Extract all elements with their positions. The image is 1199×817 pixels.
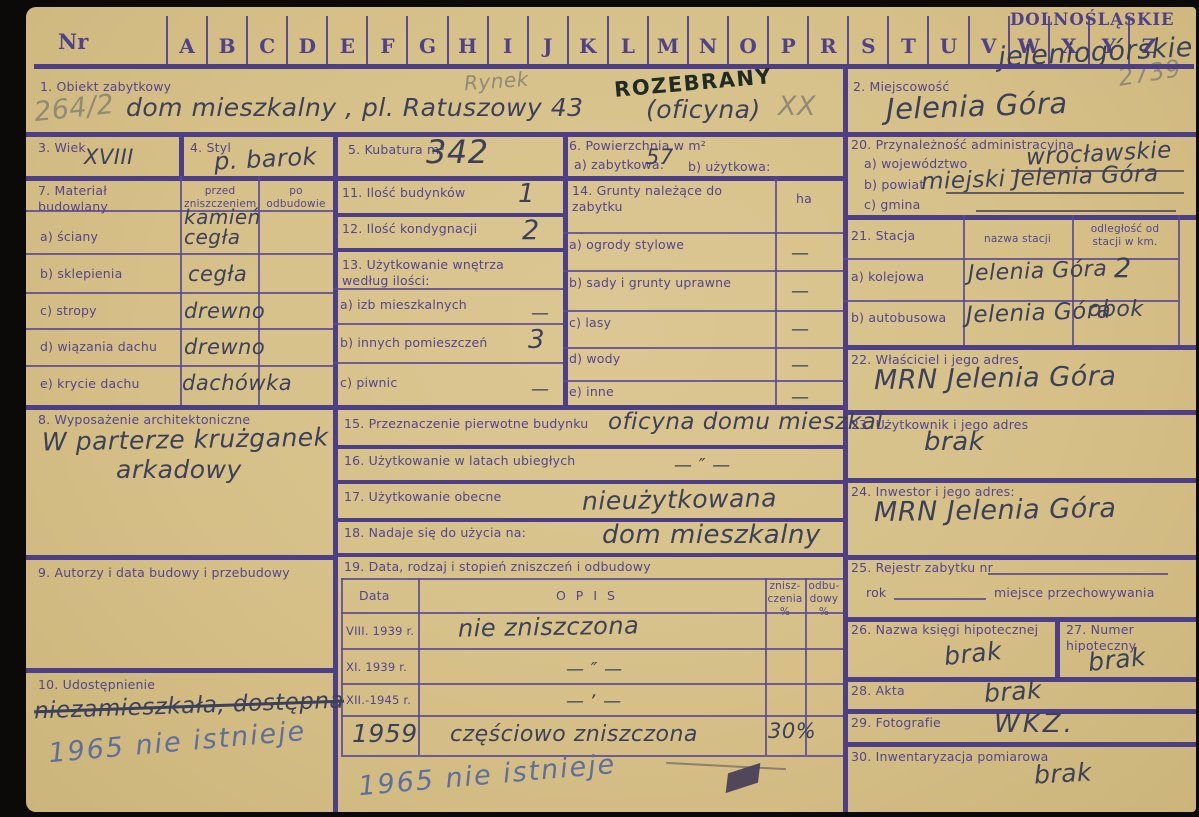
s6-a-value: 57 — [646, 145, 674, 169]
s17-value: nieużytkowana — [582, 483, 777, 515]
s19-col-zniszczenia: znisz- czenia % — [767, 580, 803, 619]
card-surface: Nr ABCDEFGHIJKLMNOPRSTUVWXYZ DOLNOŚLĄSKI… — [26, 7, 1196, 812]
s19-row-opis: nie zniszczona — [458, 611, 640, 642]
s14-row-value: — — [791, 355, 810, 376]
s19-row-zniszczenia-value: 30% — [768, 719, 816, 743]
s19-row-opis: — ″ — — [566, 659, 623, 680]
s19-row-date-handwritten: 1959 — [352, 719, 418, 748]
s19-row-date: XII.-1945 r. — [346, 693, 411, 708]
index-letter: G — [406, 16, 446, 64]
s6-b-label: b) użytkowa: — [688, 159, 771, 175]
s21-label: 21. Stacja — [851, 228, 915, 244]
s7-row-label: d) wiązania dachu — [40, 339, 157, 355]
index-letter: F — [366, 16, 406, 64]
s18-label: 18. Nadaje się do użycia na: — [344, 525, 526, 541]
index-letter: I — [487, 16, 527, 64]
s18-value: dom mieszkalny — [602, 520, 821, 550]
s14-label: 14. Grunty należące do zabytku — [572, 183, 737, 216]
s7-row-value: drewno — [184, 335, 265, 359]
s21-row-dist: obok — [1088, 297, 1144, 322]
s15-value: oficyna domu mieszkal. — [608, 409, 891, 435]
index-letter: R — [807, 16, 847, 64]
s30-value: brak — [1033, 758, 1092, 790]
s19-row-opis: — ʼ — — [566, 691, 622, 712]
s4-value: p. barok — [213, 142, 317, 175]
s14-row-value: — — [791, 387, 810, 408]
s10-label: 10. Udostępnienie — [38, 677, 155, 693]
index-letter: B — [206, 16, 246, 64]
s24-value: MRN Jelenia Góra — [874, 493, 1117, 528]
s7-row-label: b) sklepienia — [40, 266, 122, 282]
index-letter: O — [727, 16, 767, 64]
index-letter: U — [927, 16, 967, 64]
s13-row-label: b) innych pomieszczeń — [340, 335, 488, 351]
index-letter: T — [887, 16, 927, 64]
s19-col-data: Data — [359, 588, 390, 604]
s13-row-label: a) izb mieszkalnych — [340, 297, 467, 313]
s7-row-label: c) stropy — [40, 303, 97, 319]
s7-row-label: a) ściany — [40, 229, 98, 245]
s25-place-label: miejsce przechowywania — [994, 585, 1155, 601]
s7-row-label: e) krycie dachu — [40, 376, 140, 392]
s27-value: brak — [1087, 642, 1148, 677]
s21-row-label: a) kolejowa — [851, 269, 924, 285]
s21-row-label: b) autobusowa — [851, 310, 946, 326]
s7-label: 7. Materiał budowlany — [38, 183, 168, 216]
scan-artifact-line — [666, 762, 786, 770]
s17-label: 17. Użytkowanie obecne — [344, 489, 501, 505]
index-letter: D — [286, 16, 326, 64]
s10-note: 1965 nie istnieje — [47, 716, 307, 769]
s1-pencil-marks: XX — [778, 91, 816, 122]
s1-paren-text: (oficyna) — [646, 95, 761, 124]
s1-object-text: dom mieszkalny , pl. Ratuszowy 43 — [126, 93, 584, 122]
s8-value-line2: arkadowy — [116, 455, 242, 484]
s11-value: 1 — [518, 179, 535, 209]
index-letter: L — [607, 16, 647, 64]
s5-value: 342 — [426, 133, 489, 171]
index-letter: K — [567, 16, 607, 64]
s19-row-date: VIII. 1939 r. — [346, 624, 414, 639]
index-letter: P — [767, 16, 807, 64]
s25-label: 25. Rejestr zabytku nr — [851, 560, 993, 576]
s12-value: 2 — [522, 215, 540, 246]
s13-row-value: 3 — [528, 325, 545, 355]
s19-row-date: XI. 1939 r. — [346, 660, 407, 675]
index-letter: H — [447, 16, 487, 64]
s7-row-value: drewno — [184, 299, 265, 323]
s28-value: brak — [983, 675, 1043, 708]
s25-rok-label: rok — [866, 585, 886, 601]
s14-row-value: — — [791, 319, 810, 340]
s14-row-value: — — [791, 243, 810, 264]
s16-value: — ″ — — [674, 455, 731, 476]
s14-row-label: d) wody — [569, 351, 620, 367]
s13-row-value: — — [531, 379, 550, 400]
s30-label: 30. Inwentaryzacja pomiarowa — [851, 749, 1048, 765]
s7-row-value: dachówka — [182, 371, 292, 395]
s7-col-po: po odbudowie — [262, 185, 330, 211]
index-letter: N — [687, 16, 727, 64]
s3-label: 3. Wiek — [38, 140, 86, 156]
s11-label: 11. Ilość budynków — [342, 185, 465, 201]
s14-row-value: — — [791, 281, 810, 302]
s19-col-odbudowy: odbu- dowy % — [807, 580, 841, 619]
s14-row-label: b) sady i grunty uprawne — [569, 275, 731, 291]
s26-label: 26. Nazwa księgi hipotecznej — [851, 622, 1038, 638]
s21-col-name: nazwa stacji — [967, 233, 1068, 246]
s20-b-label: b) powiat — [864, 177, 924, 193]
index-letter: E — [326, 16, 366, 64]
s9-label: 9. Autorzy i data budowy i przebudowy — [38, 565, 290, 581]
s7-row-value: cegła — [188, 262, 247, 286]
s3-value: XVIII — [84, 145, 134, 169]
s19-row-opis: częściowo zniszczona — [450, 722, 698, 747]
s13-row-value: — — [531, 303, 550, 324]
s23-value: brak — [924, 427, 984, 457]
s14-row-label: a) ogrody stylowe — [569, 237, 684, 253]
s6-label: 6. Powierzchnia w m² — [569, 138, 706, 154]
s13-row-label: c) piwnic — [340, 375, 397, 391]
index-letter: A — [166, 16, 206, 64]
index-letter: S — [847, 16, 887, 64]
s13-label: 13. Użytkowanie wnętrza według ilości: — [342, 257, 537, 290]
s29-value: WKZ. — [994, 709, 1075, 739]
s19-label: 19. Data, rodzaj i stopień zniszczeń i o… — [344, 559, 651, 575]
index-letter: J — [527, 16, 567, 64]
s22-value: MRN Jelenia Góra — [874, 361, 1117, 396]
s14-unit: ha — [796, 191, 812, 207]
index-letter: C — [246, 16, 286, 64]
s20-c-label: c) gmina — [864, 197, 921, 213]
voivodeship-printed: DOLNOŚLĄSKIE — [1010, 10, 1175, 29]
s16-label: 16. Użytkowanie w latach ubiegłych — [344, 453, 575, 469]
s8-value-line1: W parterze krużganek — [42, 423, 329, 457]
s29-label: 29. Fotografie — [851, 715, 941, 731]
s2-value: Jelenia Góra — [885, 86, 1068, 126]
s21-row-name: Jelenia Góra — [968, 257, 1108, 287]
s7-row-value: kamień cegła — [184, 207, 256, 247]
s21-col-dist: odległość od stacji w km. — [1076, 223, 1174, 249]
s14-row-label: e) inne — [569, 384, 614, 400]
s26-value: brak — [943, 636, 1004, 671]
s19-col-opis: O P I S — [556, 588, 618, 604]
s15-label: 15. Przeznaczenie pierwotne budynku — [344, 416, 588, 432]
s1-annotation-rynek: Rynek — [463, 67, 529, 95]
nr-label: Nr — [58, 29, 88, 54]
s21-row-dist: 2 — [1114, 253, 1132, 284]
s12-label: 12. Ilość kondygnacji — [342, 221, 477, 237]
s14-row-label: c) lasy — [569, 315, 611, 331]
index-letter: M — [647, 16, 687, 64]
s28-label: 28. Akta — [851, 683, 905, 699]
scanned-heritage-card: { "meta": { "nr_label": "Nr", "letters":… — [0, 0, 1199, 817]
